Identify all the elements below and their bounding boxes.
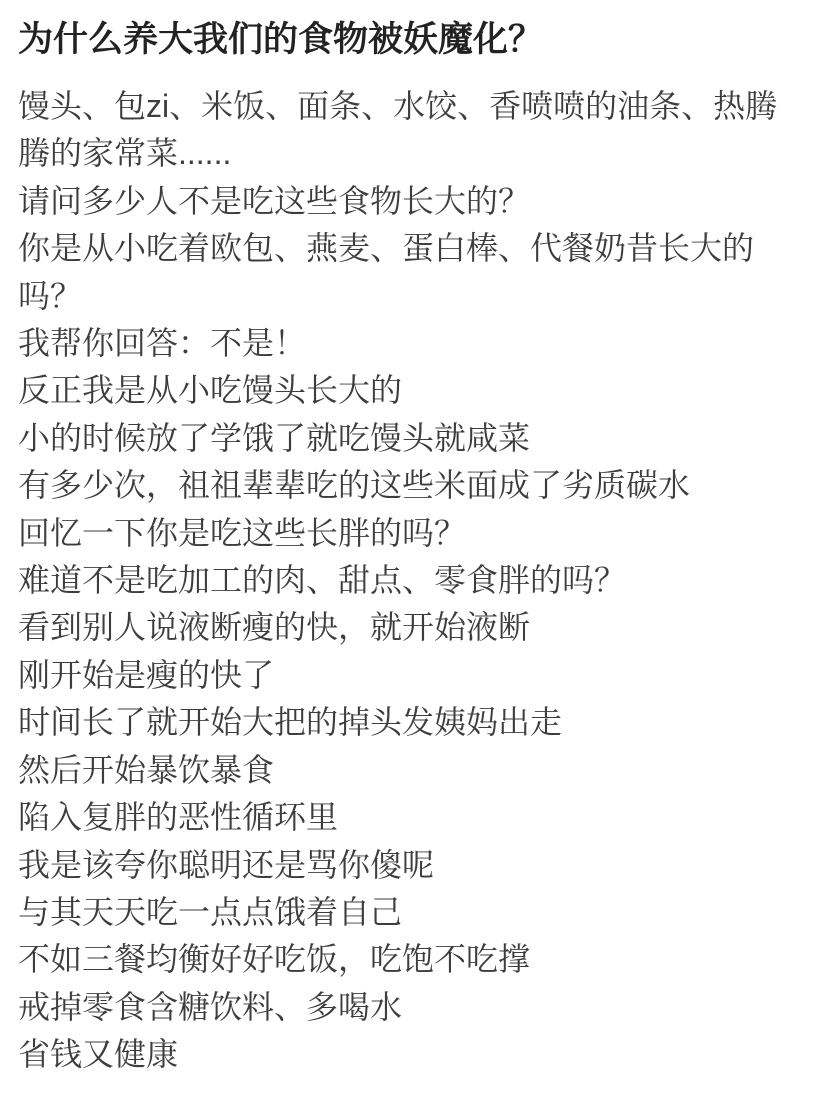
text-line: 腾的家常菜......: [18, 130, 790, 177]
text-line: 不如三餐均衡好好吃饭，吃饱不吃撑: [18, 936, 790, 983]
post-body: 馒头、包zi、米饭、面条、水饺、香喷喷的油条、热腾 腾的家常菜...... 请问…: [18, 83, 790, 1079]
text-line: 我是该夸你聪明还是骂你傻呢: [18, 842, 790, 889]
text-line: 时间长了就开始大把的掉头发姨妈出走: [18, 699, 790, 746]
text-line: 回忆一下你是吃这些长胖的吗？: [18, 510, 790, 557]
text-line: 刚开始是瘦的快了: [18, 652, 790, 699]
text-line: 你是从小吃着欧包、燕麦、蛋白棒、代餐奶昔长大的: [18, 225, 790, 272]
text-line: 反正我是从小吃馒头长大的: [18, 367, 790, 414]
text-line: 有多少次，祖祖辈辈吃的这些米面成了劣质碳水: [18, 462, 790, 509]
text-line: 戒掉零食含糖饮料、多喝水: [18, 984, 790, 1031]
text-line: 吗？: [18, 273, 790, 320]
text-line: 我帮你回答：不是！: [18, 320, 790, 367]
text-line: 馒头、包zi、米饭、面条、水饺、香喷喷的油条、热腾: [18, 83, 790, 130]
text-line: 陷入复胖的恶性循环里: [18, 794, 790, 841]
post-container: 为什么养大我们的食物被妖魔化？ 馒头、包zi、米饭、面条、水饺、香喷喷的油条、热…: [0, 0, 830, 1093]
text-line: 然后开始暴饮暴食: [18, 747, 790, 794]
text-line: 小的时候放了学饿了就吃馒头就咸菜: [18, 415, 790, 462]
text-line: 难道不是吃加工的肉、甜点、零食胖的吗？: [18, 557, 790, 604]
text-line: 与其天天吃一点点饿着自己: [18, 889, 790, 936]
text-line: 请问多少人不是吃这些食物长大的？: [18, 178, 790, 225]
post-title: 为什么养大我们的食物被妖魔化？: [18, 16, 790, 64]
text-line: 看到别人说液断瘦的快，就开始液断: [18, 604, 790, 651]
text-line: 省钱又健康: [18, 1031, 790, 1078]
